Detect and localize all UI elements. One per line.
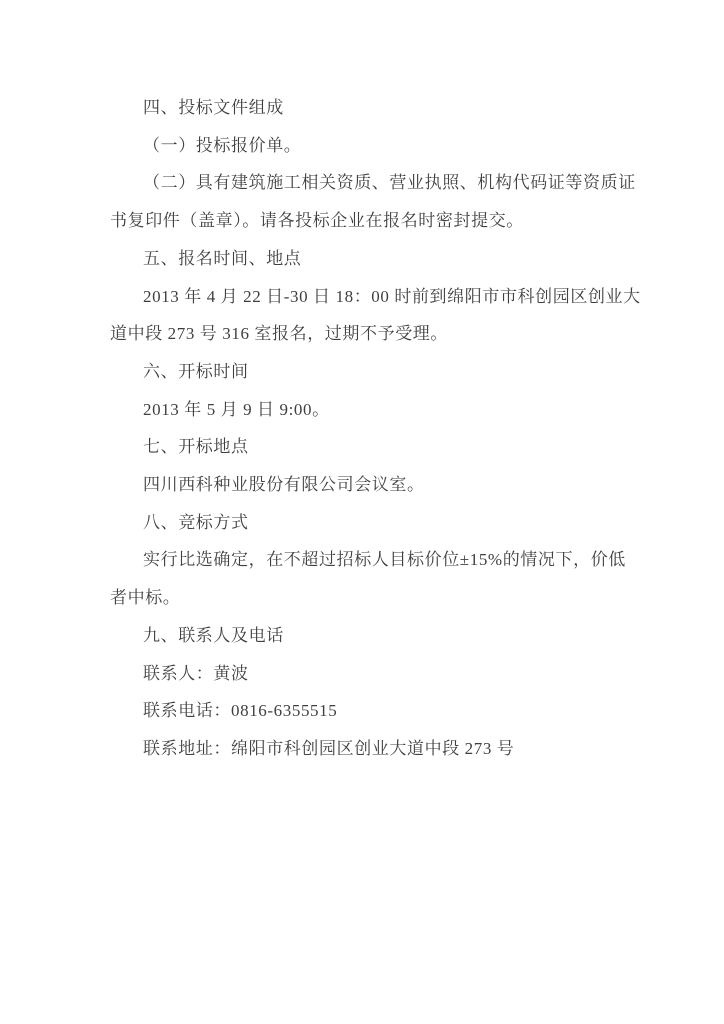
bidding-method-line-1: 实行比选确定，在不超过招标人目标价位±15%的情况下，价低	[110, 541, 630, 579]
contact-address: 联系地址：绵阳市科创园区创业大道中段 273 号	[110, 730, 630, 768]
section-heading-8-bidding-method: 八、竞标方式	[110, 504, 630, 542]
document-text-block: 四、投标文件组成 （一）投标报价单。 （二）具有建筑施工相关资质、营业执照、机构…	[110, 89, 630, 768]
section-heading-5-registration-time-place: 五、报名时间、地点	[110, 240, 630, 278]
section-heading-7-bid-opening-place: 七、开标地点	[110, 428, 630, 466]
section-heading-4-bid-document-composition: 四、投标文件组成	[110, 89, 630, 127]
section-heading-9-contact-info: 九、联系人及电话	[110, 617, 630, 655]
bid-opening-time-value: 2013 年 5 月 9 日 9:00。	[110, 391, 630, 429]
list-item-1-bid-quotation-sheet: （一）投标报价单。	[110, 127, 630, 165]
contact-person: 联系人：黄波	[110, 655, 630, 693]
document-page: 四、投标文件组成 （一）投标报价单。 （二）具有建筑施工相关资质、营业执照、机构…	[0, 0, 724, 1024]
list-item-2-qualifications-line-1: （二）具有建筑施工相关资质、营业执照、机构代码证等资质证	[110, 164, 630, 202]
registration-details-line-1: 2013 年 4 月 22 日-30 日 18：00 时前到绵阳市市科创园区创业…	[110, 278, 630, 316]
list-item-2-qualifications-line-2: 书复印件（盖章）。请各投标企业在报名时密封提交。	[110, 202, 630, 240]
contact-phone: 联系电话：0816-6355515	[110, 692, 630, 730]
registration-details-line-2: 道中段 273 号 316 室报名，过期不予受理。	[110, 315, 630, 353]
bid-opening-place-value: 四川西科种业股份有限公司会议室。	[110, 466, 630, 504]
section-heading-6-bid-opening-time: 六、开标时间	[110, 353, 630, 391]
bidding-method-line-2: 者中标。	[110, 579, 630, 617]
